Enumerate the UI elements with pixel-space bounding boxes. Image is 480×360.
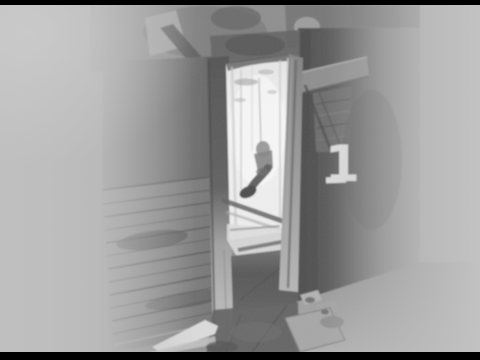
video-frame: 1	[0, 0, 480, 360]
letterbox-top-bar	[0, 0, 480, 5]
doorway-photograph: 1	[0, 0, 480, 360]
top-left-glow	[0, 0, 300, 220]
right-vignette	[325, 0, 480, 360]
letterbox-bottom-bar	[0, 352, 480, 360]
